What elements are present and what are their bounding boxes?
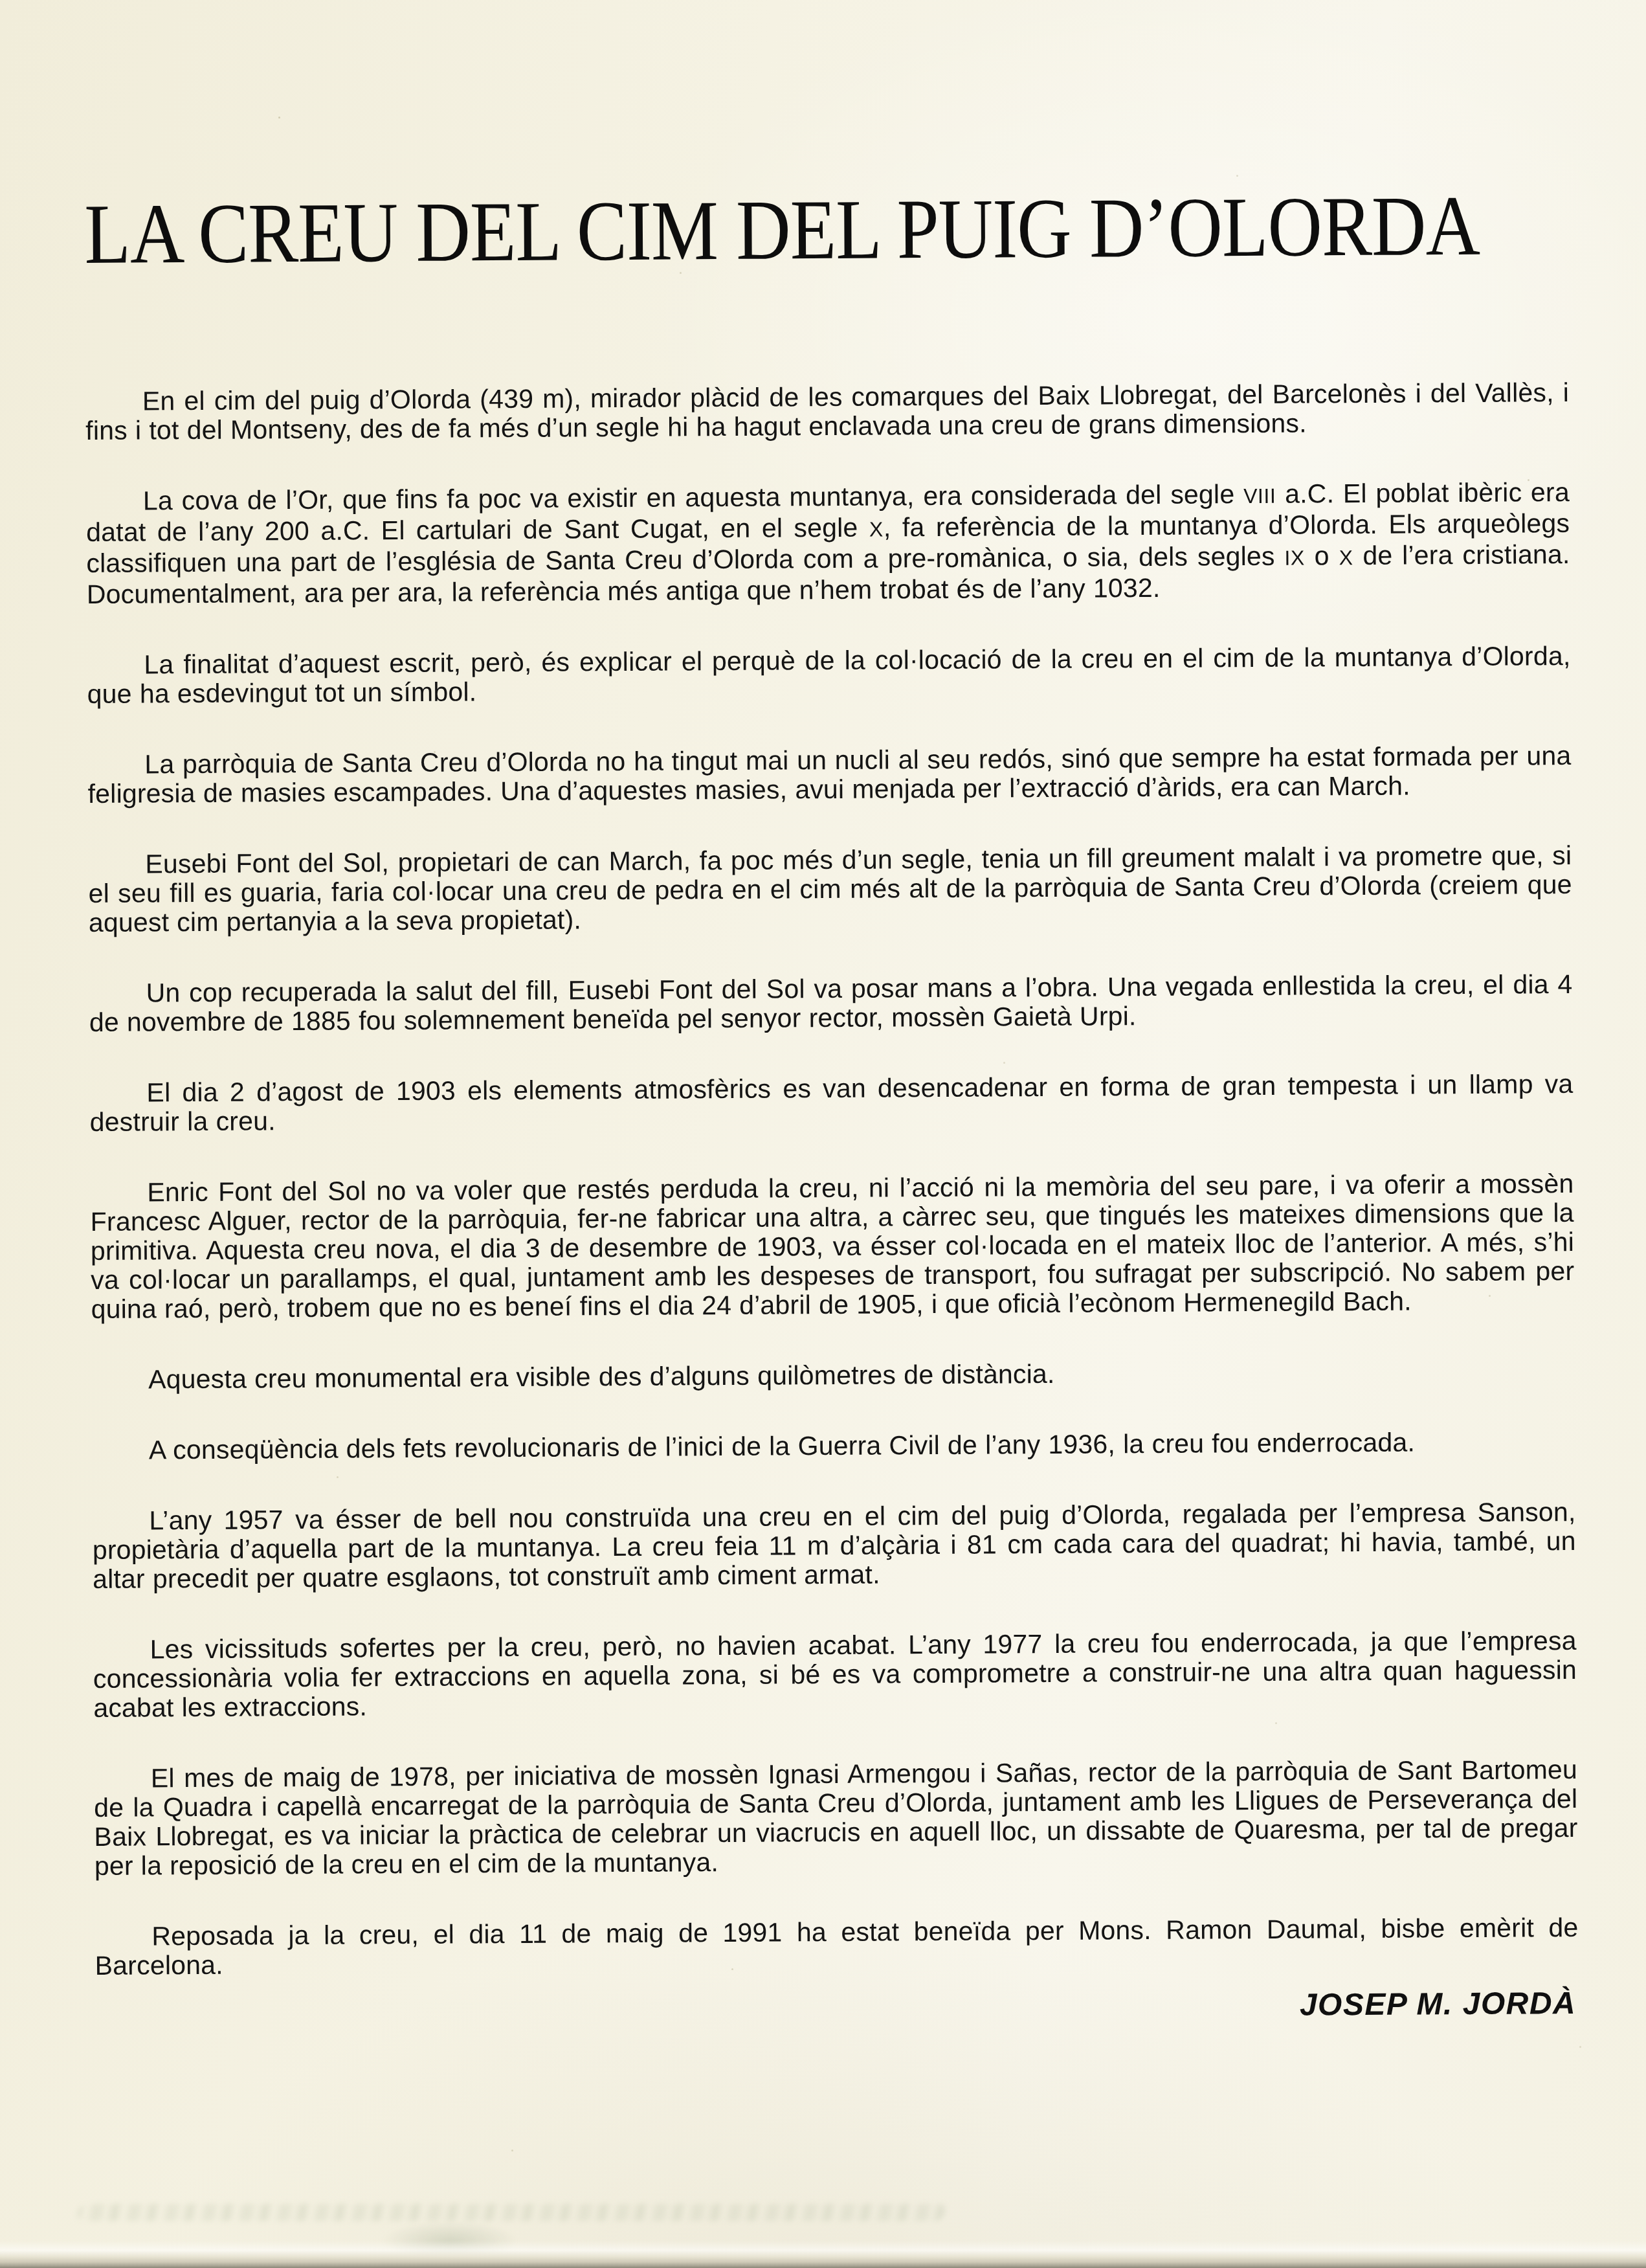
article-paragraph: La cova de l’Or, que fins fa poc va exis… bbox=[86, 478, 1570, 609]
article-paragraph: La finalitat d’aquest escrit, però, és e… bbox=[87, 642, 1571, 709]
author-signature: JOSEP M. JORDÀ bbox=[95, 1986, 1579, 2030]
article-paragraph: En el cim del puig d’Olorda (439 m), mir… bbox=[85, 378, 1570, 445]
page-title: LA CREU DEL CIM DEL PUIG D’OLORDA bbox=[84, 184, 1397, 277]
article-body: En el cim del puig d’Olorda (439 m), mir… bbox=[85, 378, 1579, 1981]
scan-bottom-edge bbox=[0, 2241, 1646, 2268]
article-paragraph: Eusebi Font del Sol, propietari de can M… bbox=[88, 841, 1572, 938]
article-paragraph: El dia 2 d’agost de 1903 els elements at… bbox=[89, 1070, 1574, 1137]
scanned-page: LA CREU DEL CIM DEL PUIG D’OLORDA En el … bbox=[0, 0, 1646, 2268]
article-paragraph: Les vicissituds sofertes per la creu, pe… bbox=[93, 1626, 1577, 1723]
article-paragraph: Reposada ja la creu, el dia 11 de maig d… bbox=[95, 1913, 1579, 1981]
article-paragraph: L’any 1957 va ésser de bell nou construï… bbox=[92, 1498, 1576, 1594]
article-paragraph: Enric Font del Sol no va voler que resté… bbox=[90, 1169, 1574, 1324]
article-paragraph: A conseqüència dels fets revolucionaris … bbox=[92, 1427, 1575, 1465]
article-paragraph: Aquesta creu monumental era visible des … bbox=[91, 1356, 1575, 1395]
bleed-through-artifact bbox=[76, 2204, 947, 2221]
article-paragraph: La parròquia de Santa Creu d’Olorda no h… bbox=[87, 741, 1572, 809]
article-paragraph: El mes de maig de 1978, per iniciativa d… bbox=[94, 1755, 1578, 1881]
article: LA CREU DEL CIM DEL PUIG D’OLORDA En el … bbox=[84, 183, 1579, 2030]
article-paragraph: Un cop recuperada la salut del fill, Eus… bbox=[89, 970, 1573, 1037]
